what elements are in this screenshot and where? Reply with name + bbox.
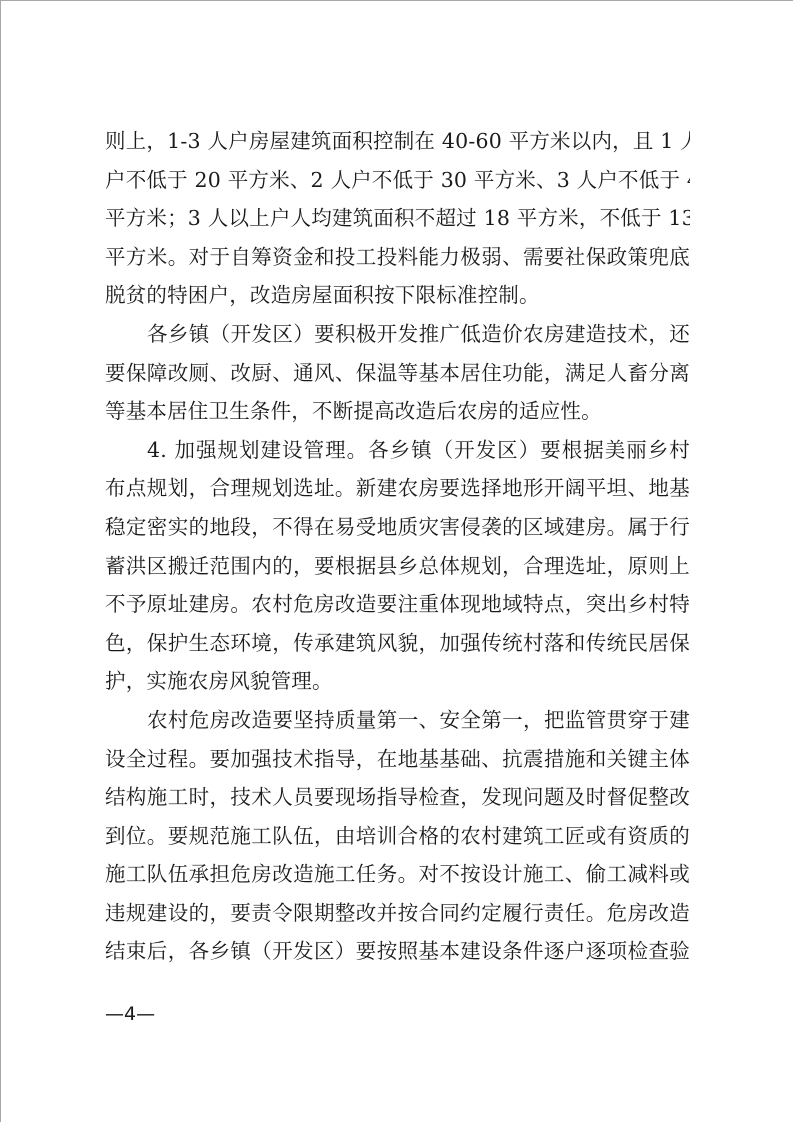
text-line: 不予原址建房。农村危房改造要注重体现地域特点，突出乡村特 <box>105 585 690 624</box>
text-line: 违规建设的，要责令限期整改并按合同约定履行责任。危房改造 <box>105 894 690 933</box>
text-line: 护，实施农房风貌管理。 <box>105 662 690 701</box>
text-line: 结构施工时，技术人员要现场指导检查，发现问题及时督促整改 <box>105 778 690 817</box>
text-line: 蓄洪区搬迁范围内的，要根据县乡总体规划，合理选址，原则上 <box>105 547 690 586</box>
text-line: 则上，1-3 人户房屋建筑面积控制在 40-60 平方米以内，且 1 人 <box>105 122 690 161</box>
text-line: 各乡镇（开发区）要积极开发推广低造价农房建造技术，还 <box>105 315 690 354</box>
section-heading-line: 4. 加强规划建设管理。各乡镇（开发区）要根据美丽乡村 <box>105 431 690 470</box>
paragraph-low-cost-technology: 各乡镇（开发区）要积极开发推广低造价农房建造技术，还 要保障改厕、改厨、通风、保… <box>105 315 690 431</box>
body-text: 则上，1-3 人户房屋建筑面积控制在 40-60 平方米以内，且 1 人 户不低… <box>105 122 690 971</box>
text-line: 色，保护生态环境，传承建筑风貌，加强传统村落和传统民居保 <box>105 624 690 663</box>
text-line: 稳定密实的地段，不得在易受地质灾害侵袭的区域建房。属于行 <box>105 508 690 547</box>
document-page: 则上，1-3 人户房屋建筑面积控制在 40-60 平方米以内，且 1 人 户不低… <box>0 0 793 1122</box>
paragraph-planning-management: 4. 加强规划建设管理。各乡镇（开发区）要根据美丽乡村 布点规划，合理规划选址。… <box>105 431 690 701</box>
paragraph-housing-area-standards: 则上，1-3 人户房屋建筑面积控制在 40-60 平方米以内，且 1 人 户不低… <box>105 122 690 315</box>
text-line: 农村危房改造要坚持质量第一、安全第一，把监管贯穿于建 <box>105 701 690 740</box>
text-line: 平方米；3 人以上户人均建筑面积不超过 18 平方米，不低于 13 <box>105 199 690 238</box>
text-line: 户不低于 20 平方米、2 人户不低于 30 平方米、3 人户不低于 40 <box>105 161 690 200</box>
paragraph-quality-safety: 农村危房改造要坚持质量第一、安全第一，把监管贯穿于建 设全过程。要加强技术指导，… <box>105 701 690 971</box>
text-line: 结束后，各乡镇（开发区）要按照基本建设条件逐户逐项检查验 <box>105 932 690 971</box>
text-line: 要保障改厕、改厨、通风、保温等基本居住功能，满足人畜分离 <box>105 354 690 393</box>
page-number: —4— <box>105 999 155 1029</box>
text-line: 脱贫的特困户，改造房屋面积按下限标准控制。 <box>105 276 690 315</box>
text-line: 设全过程。要加强技术指导，在地基基础、抗震措施和关键主体 <box>105 740 690 779</box>
text-line: 布点规划，合理规划选址。新建农房要选择地形开阔平坦、地基 <box>105 469 690 508</box>
text-line: 平方米。对于自筹资金和投工投料能力极弱、需要社保政策兜底 <box>105 238 690 277</box>
text-line: 等基本居住卫生条件，不断提高改造后农房的适应性。 <box>105 392 690 431</box>
text-line: 到位。要规范施工队伍，由培训合格的农村建筑工匠或有资质的 <box>105 817 690 856</box>
text-line: 施工队伍承担危房改造施工任务。对不按设计施工、偷工减料或 <box>105 855 690 894</box>
